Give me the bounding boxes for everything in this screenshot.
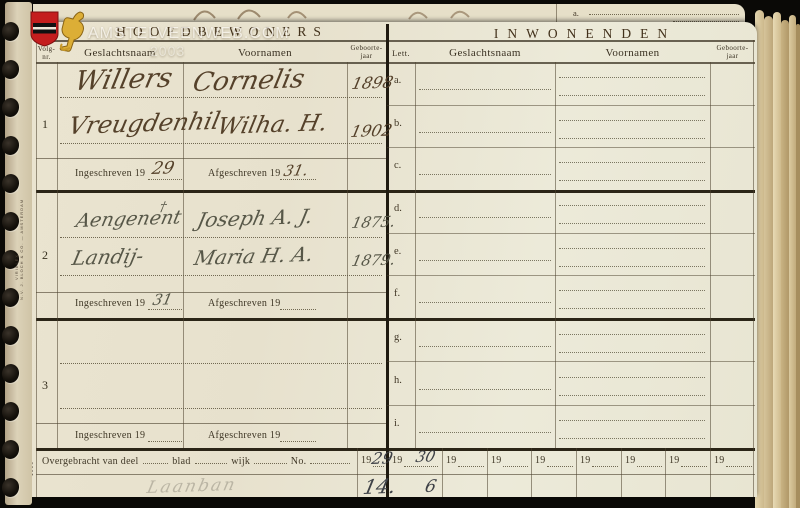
binding-hole (0, 96, 21, 118)
handwritten-surname: Landij- (70, 244, 146, 270)
handwritten-firstnames: Wilha. H. (215, 110, 330, 140)
dotted-leader (254, 463, 287, 464)
page-edge-strip (773, 12, 781, 508)
handwritten-firstnames: Maria H. A. (192, 242, 316, 270)
column-header-text: jaar (360, 52, 372, 60)
dotted-rule (419, 89, 551, 90)
dotted-rule (559, 205, 705, 206)
binding-hole (0, 134, 21, 156)
dotted-rule (681, 466, 707, 467)
inwonende-row: a. (387, 62, 755, 106)
letter-label: c. (394, 160, 401, 171)
dotted-rule (559, 377, 705, 378)
year-cell-label: 19 (392, 455, 403, 466)
dotted-rule (559, 95, 705, 96)
inwonende-row: h. (387, 361, 755, 406)
dotted-rule (503, 466, 528, 467)
year-cell-label: 19 (491, 455, 502, 466)
dotted-rule (148, 441, 182, 442)
page-edge-strip (789, 15, 796, 508)
watermark-site-text: AMSTELVEENWEB.COM (88, 25, 290, 43)
inwonende-row: b. (387, 105, 755, 148)
page-edge-strip (781, 20, 789, 508)
table-line (357, 448, 358, 497)
inwonende-row: e. (387, 233, 755, 276)
dotted-rule (419, 217, 551, 218)
page-edge-strip (764, 16, 773, 508)
dotted-rule (60, 408, 382, 409)
dotted-leader (310, 463, 350, 464)
handwritten-count: 6 (423, 477, 438, 497)
table-line (576, 448, 577, 497)
table-line (347, 62, 348, 448)
lion-icon (58, 10, 88, 52)
binding-hole (0, 172, 21, 194)
row-number: 1 (42, 117, 48, 132)
table-line (710, 448, 711, 497)
dotted-rule (592, 466, 618, 467)
watermark: AMSTELVEENWEB.COM 2003 (0, 0, 320, 70)
ingeschreven-label: Ingeschreven 19 (75, 430, 145, 441)
dotted-rule (60, 143, 382, 144)
letter-label: a. (394, 75, 401, 86)
dotted-rule (637, 466, 662, 467)
dotted-rule (559, 352, 705, 353)
handwritten-count: 14. (361, 474, 398, 499)
binding-hole (0, 362, 21, 384)
blad-label: blad (172, 456, 190, 467)
handwritten-surname: Vreugdenhil (66, 107, 223, 140)
dotted-rule (559, 438, 705, 439)
dotted-rule (419, 260, 551, 261)
handwritten-year-value: 29 (370, 448, 395, 468)
letter-label: i. (394, 418, 400, 429)
table-line (556, 4, 557, 24)
row-number: 3 (42, 378, 48, 393)
dotted-rule (589, 14, 739, 15)
handwritten-afgeschreven-year: 31. (282, 161, 310, 180)
scanned-register-page: a. HOOFDBEWONERS INWONENDEN Volg- nr. Ge… (0, 0, 800, 508)
table-line (36, 448, 755, 451)
dotted-rule (547, 466, 573, 467)
table-line (36, 423, 386, 424)
dotted-rule (148, 309, 182, 310)
wijk-label: wijk (231, 456, 250, 467)
spiral-binding: VIRIBLEX N.V. J. BLOCH & CO. — AMSTERDAM (5, 2, 32, 505)
table-line (665, 448, 666, 497)
inwonende-row: i. (387, 405, 755, 448)
dotted-rule (60, 275, 382, 276)
dotted-leader (195, 463, 228, 464)
column-header-geslachtsnaam: Geslachtsnaam (415, 47, 555, 59)
year-cell-label: 19 (535, 455, 546, 466)
dotted-rule (458, 466, 484, 467)
letter-label: f. (394, 288, 400, 299)
dotted-rule (419, 132, 551, 133)
overgebracht-label: Overgebracht van deel (42, 456, 139, 467)
dotted-rule (559, 395, 705, 396)
dotted-rule (559, 138, 705, 139)
dotted-rule (559, 120, 705, 121)
overgebracht-row: Overgebracht van deel blad wijk No. (42, 456, 354, 467)
ingeschreven-label: Ingeschreven 19 (75, 168, 145, 179)
letter-label: b. (394, 118, 402, 129)
dotted-rule (419, 346, 551, 347)
dotted-leader (143, 463, 169, 464)
dotted-rule (419, 174, 551, 175)
no-label: No. (291, 456, 307, 467)
stray-ink-marks (403, 7, 483, 21)
year-cell-label: 19 (625, 455, 636, 466)
dotted-rule (404, 466, 438, 467)
table-line (531, 448, 532, 497)
inwonende-row: d. (387, 190, 755, 234)
column-header-lett: Lett. (387, 48, 415, 58)
sliver-letter-label: a. (573, 8, 579, 18)
row-number: 2 (42, 248, 48, 263)
dotted-rule (148, 179, 182, 180)
dotted-rule (419, 432, 551, 433)
column-header-voornamen: Voornamen (555, 47, 710, 59)
dotted-rule (726, 466, 752, 467)
inwonende-row: g. (387, 318, 755, 362)
afgeschreven-label: Afgeschreven 19 (208, 298, 281, 309)
afgeschreven-label: Afgeschreven 19 (208, 430, 281, 441)
binding-hole (0, 400, 21, 422)
dotted-rule (559, 180, 705, 181)
handwritten-year-value: 30 (414, 447, 437, 466)
year-cell-label: 19 (446, 455, 457, 466)
dotted-rule (60, 97, 382, 98)
inwonende-row: f. (387, 275, 755, 318)
dotted-rule (280, 309, 316, 310)
year-cell-label: 19 (580, 455, 591, 466)
handwritten-firstnames: Joseph A. J. (195, 204, 315, 232)
column-header-text: jaar (726, 52, 738, 60)
dotted-rule (559, 77, 705, 78)
binding-hole (0, 324, 21, 346)
handwritten-ingeschreven-year: 31 (151, 290, 174, 309)
dotted-rule (419, 389, 551, 390)
dotted-rule (559, 334, 705, 335)
letter-label: g. (394, 332, 402, 343)
register-sheet: HOOFDBEWONERS INWONENDEN Volg- nr. Gesla… (30, 22, 757, 497)
binding-hole (0, 286, 21, 308)
table-line (36, 158, 386, 159)
column-header-geboortejaar: Geboorte- jaar (347, 45, 386, 60)
binding-hole (0, 438, 21, 460)
table-line (442, 448, 443, 497)
year-cell-label: 19 (669, 455, 680, 466)
dotted-rule (559, 162, 705, 163)
dotted-rule (559, 420, 705, 421)
table-line (487, 448, 488, 497)
inwonende-row: c. (387, 147, 755, 190)
ingeschreven-label: Ingeschreven 19 (75, 298, 145, 309)
dotted-rule (559, 266, 705, 267)
dotted-rule (559, 308, 705, 309)
table-line (621, 448, 622, 497)
pencil-note: Laanban (145, 475, 238, 498)
dotted-rule (559, 223, 705, 224)
letter-label: h. (394, 375, 402, 386)
amstelveen-coat-of-arms-icon (30, 11, 59, 47)
afgeschreven-label: Afgeschreven 19 (208, 168, 281, 179)
column-header-geboortejaar: Geboorte- jaar (710, 45, 755, 60)
table-line (36, 40, 37, 497)
handwritten-ingeschreven-year: 29 (150, 158, 176, 179)
watermark-year-text: 2003 (150, 43, 185, 59)
table-line (36, 292, 386, 293)
year-cell-label: 19 (714, 455, 725, 466)
dotted-rule (60, 363, 382, 364)
letter-label: d. (394, 203, 402, 214)
dotted-rule (559, 248, 705, 249)
dotted-rule (419, 302, 551, 303)
page-edge-strip (796, 24, 800, 508)
binding-hole (0, 476, 21, 498)
table-line (57, 62, 58, 448)
dotted-rule (280, 441, 316, 442)
letter-label: e. (394, 246, 401, 257)
dotted-rule (60, 237, 382, 238)
printer-imprint: N.V. J. BLOCH & CO. — AMSTERDAM (19, 190, 24, 300)
dotted-rule (559, 290, 705, 291)
handwritten-surname: Aengenent (74, 206, 184, 232)
